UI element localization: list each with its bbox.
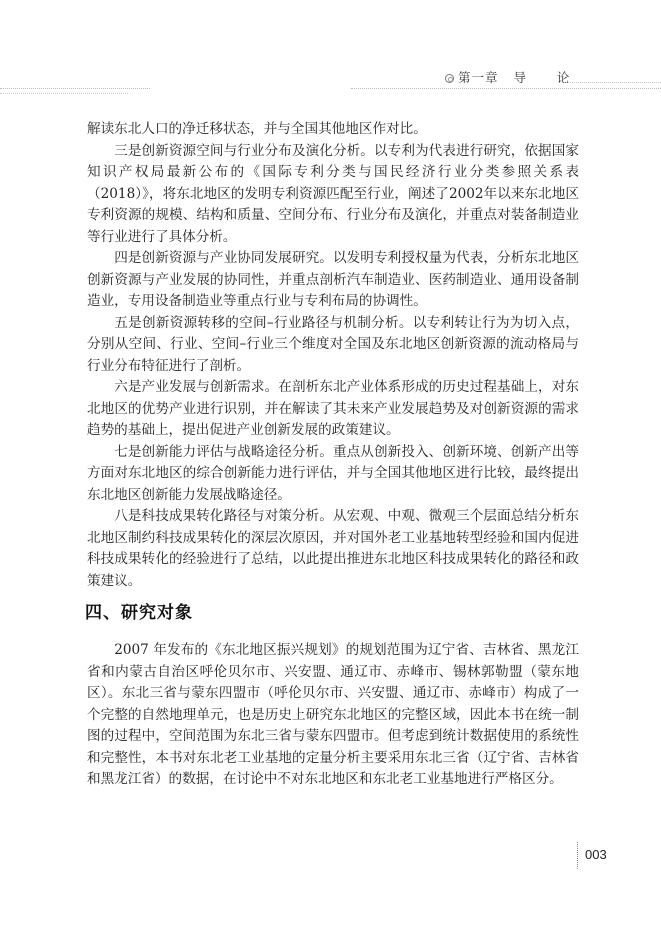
header-rule-right [351,88,661,89]
section-body: 2007 年发布的《东北地区振兴规划》的规划范围为辽宁省、吉林省、黑龙江省和内蒙… [87,640,579,791]
paragraph-point-4: 四是创新资源与产业协同发展研究。以发明专利授权量为代表，分析东北地区创新资源与产… [87,248,579,313]
paragraph-point-7: 七是创新能力评估与战略途径分析。重点从创新投入、创新环境、创新产出等方面对东北地… [87,442,579,507]
body-text: 解读东北人口的净迁移状态，并与全国其他地区作对比。 三是创新资源空间与行业分布及… [87,119,579,592]
paragraph-point-5: 五是创新资源转移的空间–行业路径与机制分析。以专利转让行为为切入点，分别从空间、… [87,313,579,378]
paragraph-research-object: 2007 年发布的《东北地区振兴规划》的规划范围为辽宁省、吉林省、黑龙江省和内蒙… [87,640,579,791]
paragraph-continuation: 解读东北人口的净迁移状态，并与全国其他地区作对比。 [87,119,579,141]
header-rule-left-bottom [0,93,128,94]
header-rule-left-top [0,88,150,89]
paragraph-point-8: 八是科技成果转化路径与对策分析。从宏观、中观、微观三个层面总结分析东北地区制约科… [87,506,579,592]
page-number: 003 [585,847,607,862]
running-head-chapter: 第一章 [458,70,499,85]
double-circle-icon [445,74,454,83]
running-head-title-1: 导 [513,70,527,85]
paragraph-point-3: 三是创新资源空间与行业分布及演化分析。以专利为代表进行研究，依据国家知识产权局最… [87,141,579,249]
paragraph-point-6: 六是产业发展与创新需求。在剖析东北产业体系形成的历史过程基础上，对东北地区的优势… [87,377,579,442]
section-heading: 四、研究对象 [85,598,193,623]
header-rule-right-short [562,82,661,83]
folio-rule [577,842,578,869]
running-head: 第一章 导 论 [445,68,570,86]
